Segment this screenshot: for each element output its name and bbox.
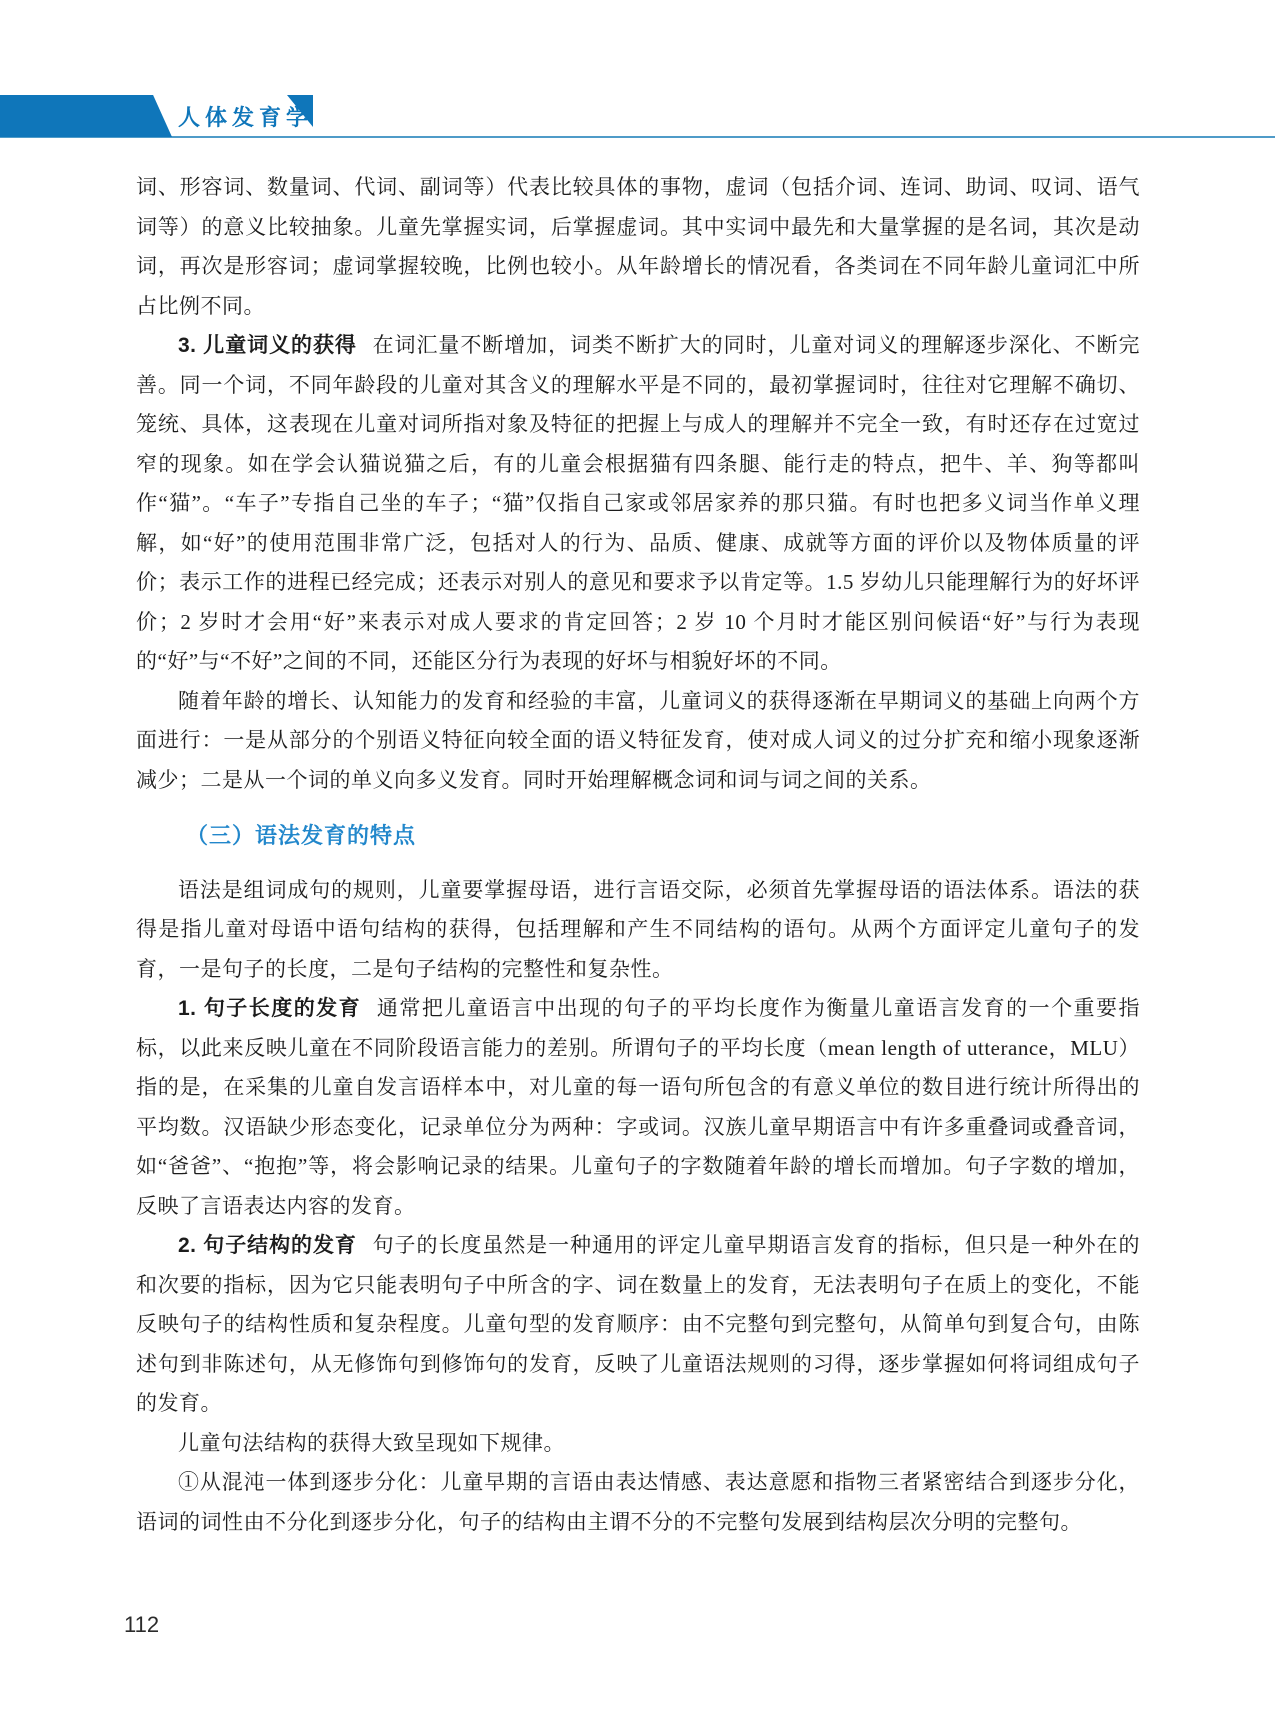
paragraph-word-classes: 词、形容词、数量词、代词、副词等）代表比较具体的事物，虚词（包括介词、连词、助词… (136, 168, 1140, 326)
paragraph-text-sentence-structure: 句子的长度虽然是一种通用的评定儿童早期语言发育的指标，但只是一种外在的和次要的指… (136, 1233, 1140, 1415)
paragraph-text-word-meaning: 在词汇量不断增加，词类不断扩大的同时，儿童对词义的理解逐步深化、不断完善。同一个… (136, 333, 1140, 673)
paragraph-word-meaning: 3. 儿童词义的获得在词汇量不断增加，词类不断扩大的同时，儿童对词义的理解逐步深… (136, 326, 1140, 682)
section-heading-grammar: （三）语法发育的特点 (136, 816, 1140, 856)
paragraph-lead-sentence-length: 1. 句子长度的发育 (178, 997, 361, 1020)
page-number: 112 (124, 1612, 159, 1638)
header-band (0, 95, 172, 137)
paragraph-lead-sentence-structure: 2. 句子结构的发育 (178, 1234, 357, 1257)
paragraph-lead-word-meaning: 3. 儿童词义的获得 (178, 334, 357, 357)
paragraph-meaning-development: 随着年龄的增长、认知能力的发育和经验的丰富，儿童词义的获得逐渐在早期词义的基础上… (136, 682, 1140, 801)
page-body: 词、形容词、数量词、代词、副词等）代表比较具体的事物，虚词（包括介词、连词、助词… (136, 168, 1140, 1542)
paragraph-text-sentence-length: 通常把儿童语言中出现的句子的平均长度作为衡量儿童语言发育的一个重要指标，以此来反… (136, 996, 1140, 1218)
paragraph-sentence-length: 1. 句子长度的发育通常把儿童语言中出现的句子的平均长度作为衡量儿童语言发育的一… (136, 989, 1140, 1226)
book-title: 人体发育学 (178, 101, 313, 132)
header-rule (0, 136, 1275, 138)
paragraph-differentiation: ①从混沌一体到逐步分化：儿童早期的言语由表达情感、表达意愿和指物三者紧密结合到逐… (136, 1463, 1140, 1542)
paragraph-syntax-rules-intro: 儿童句法结构的获得大致呈现如下规律。 (136, 1424, 1140, 1464)
paragraph-grammar-intro: 语法是组词成句的规则，儿童要掌握母语，进行言语交际，必须首先掌握母语的语法体系。… (136, 871, 1140, 990)
paragraph-sentence-structure: 2. 句子结构的发育句子的长度虽然是一种通用的评定儿童早期语言发育的指标，但只是… (136, 1226, 1140, 1424)
